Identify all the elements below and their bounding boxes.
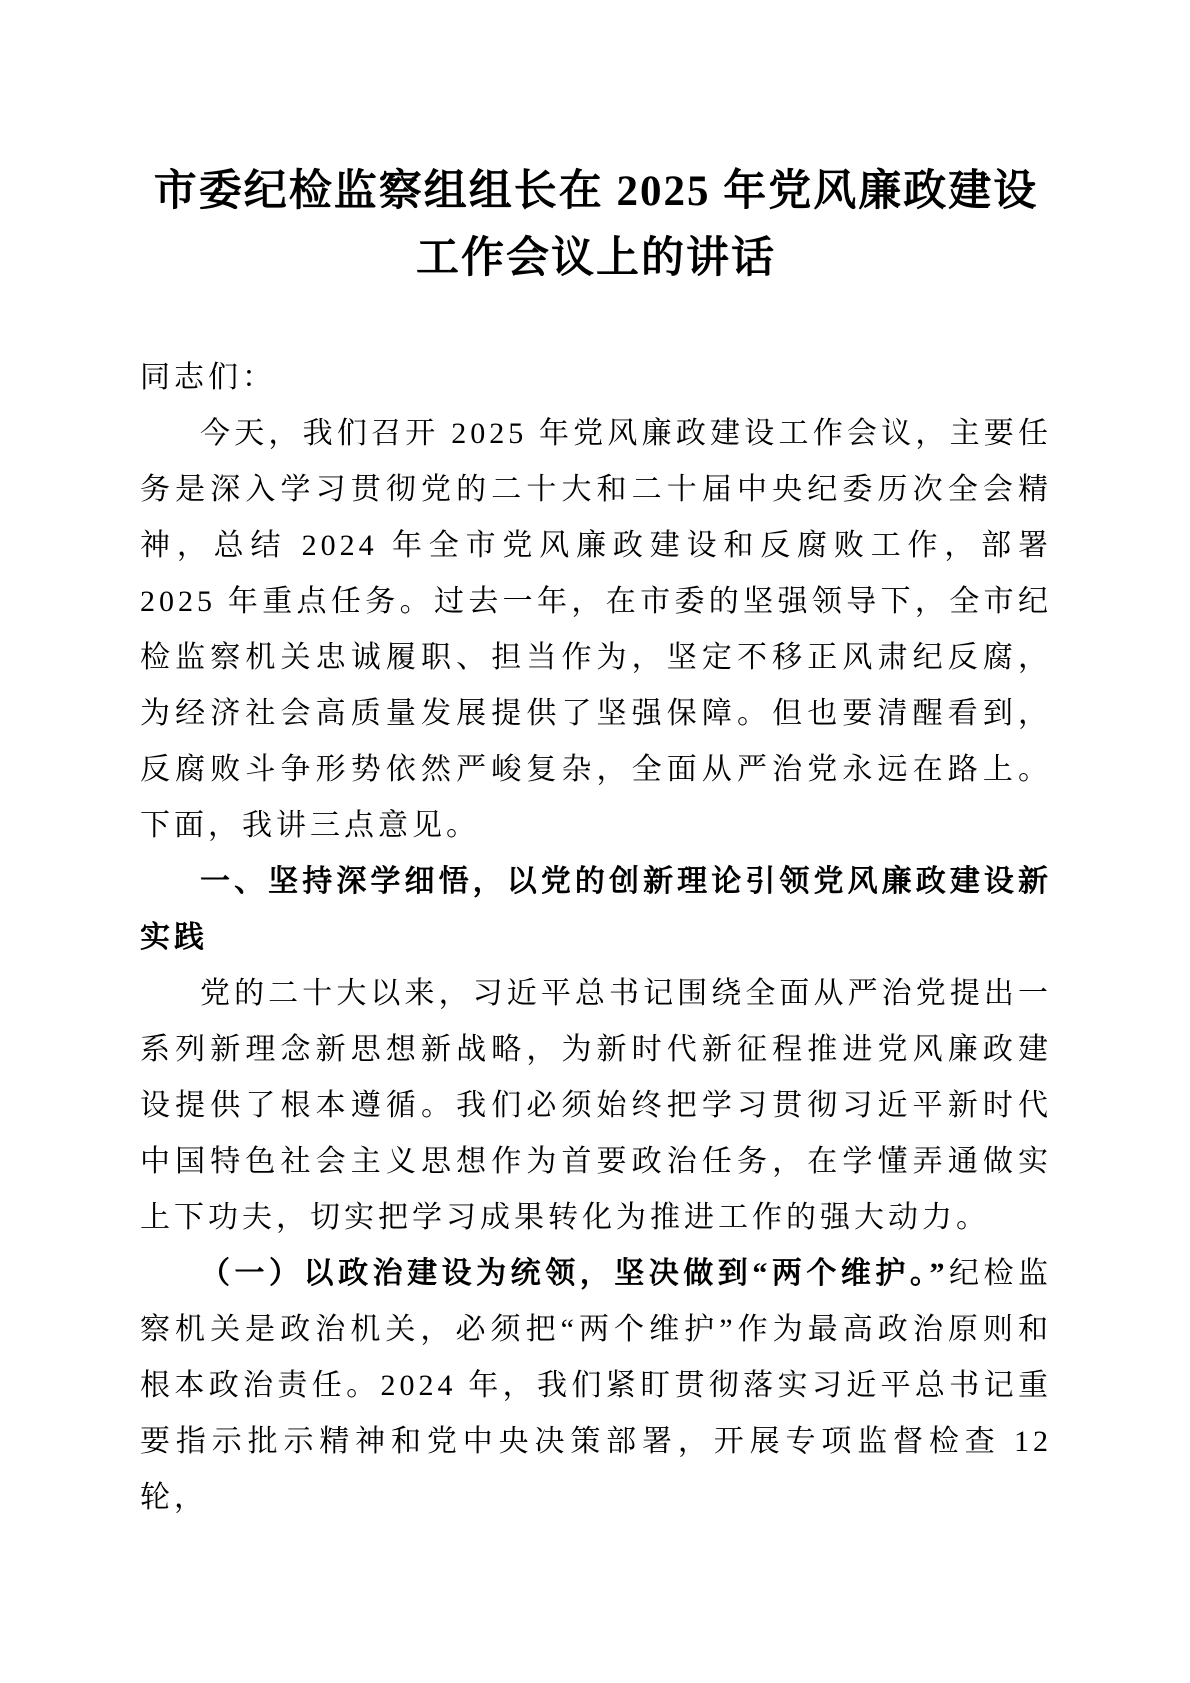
document-title: 市委纪检监察组组长在 2025 年党风廉政建设工作会议上的讲话 (140, 158, 1052, 292)
paragraph-sub1-text: 纪检监察机关是政治机关，必须把“两个维护”作为最高政治原则和根本政治责任。202… (140, 1257, 1052, 1514)
paragraph-intro: 今天，我们召开 2025 年党风廉政建设工作会议，主要任务是深入学习贯彻党的二十… (140, 406, 1052, 854)
salutation: 同志们： (140, 350, 1052, 406)
paragraph-sub1: （一）以政治建设为统领，坚决做到“两个维护。”纪检监察机关是政治机关，必须把“两… (140, 1246, 1052, 1526)
paragraph-sub1-lead: （一）以政治建设为统领，坚决做到“两个维护。” (200, 1257, 948, 1290)
paragraph-theory: 党的二十大以来，习近平总书记围绕全面从严治党提出一系列新理念新思想新战略，为新时… (140, 966, 1052, 1246)
document-content: 市委纪检监察组组长在 2025 年党风廉政建设工作会议上的讲话 同志们： 今天，… (0, 0, 1190, 1526)
document-body: 同志们： 今天，我们召开 2025 年党风廉政建设工作会议，主要任务是深入学习贯… (140, 350, 1052, 1526)
section-heading-1: 一、坚持深学细悟，以党的创新理论引领党风廉政建设新实践 (140, 854, 1052, 966)
document-page: 市委纪检监察组组长在 2025 年党风廉政建设工作会议上的讲话 同志们： 今天，… (0, 0, 1190, 1683)
